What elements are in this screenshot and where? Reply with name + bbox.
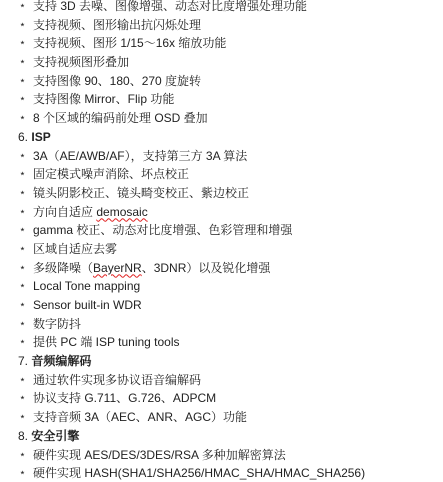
list-item: ⋆协议支持 G.711、G.726、ADPCM [0,392,443,411]
star-bullet-icon: ⋆ [19,449,31,462]
star-bullet-icon: ⋆ [19,150,31,163]
list-item: ⋆镜头阴影校正、镜头畸变校正、紫边校正 [0,187,443,206]
spellcheck-word[interactable]: demosaic [96,205,147,219]
section-heading-security-engine: 8. 安全引擎 [0,430,443,449]
list-item: ⋆支持图像 Mirror、Flip 功能 [0,93,443,112]
list-item: ⋆区域自适应去雾 [0,243,443,262]
star-bullet-icon: ⋆ [19,392,31,405]
list-item: ⋆通过软件实现多协议语音编解码 [0,374,443,393]
star-bullet-icon: ⋆ [19,75,31,88]
list-item: ⋆支持 3D 去噪、图像增强、动态对比度增强处理功能 [0,0,443,19]
star-bullet-icon: ⋆ [19,318,31,331]
star-bullet-icon: ⋆ [19,243,31,256]
section-heading-audio-codec: 7. 音频编解码 [0,355,443,374]
list-item: ⋆Local Tone mapping [0,280,443,299]
star-bullet-icon: ⋆ [19,206,31,219]
star-bullet-icon: ⋆ [19,37,31,50]
star-bullet-icon: ⋆ [19,187,31,200]
star-bullet-icon: ⋆ [19,299,31,312]
star-bullet-icon: ⋆ [19,262,31,275]
list-item: ⋆支持视频、图形输出抗闪烁处理 [0,19,443,38]
star-bullet-icon: ⋆ [19,19,31,32]
list-item: ⋆3A（AE/AWB/AF），支持第三方 3A 算法 [0,150,443,169]
list-item: ⋆Sensor built-in WDR [0,299,443,318]
list-item: ⋆数字防抖 [0,318,443,337]
list-item: ⋆支持视频、图形 1/15～16x 缩放功能 [0,37,443,56]
star-bullet-icon: ⋆ [19,374,31,387]
star-bullet-icon: ⋆ [19,112,31,125]
list-item: ⋆gamma 校正、动态对比度增强、色彩管理和增强 [0,224,443,243]
list-item: ⋆固定模式噪声消除、坏点校正 [0,168,443,187]
list-item: ⋆硬件实现 HASH(SHA1/SHA256/HMAC_SHA/HMAC_SHA… [0,467,443,482]
star-bullet-icon: ⋆ [19,411,31,424]
star-bullet-icon: ⋆ [19,280,31,293]
star-bullet-icon: ⋆ [19,224,31,237]
list-item: ⋆多级降噪（BayerNR、3DNR）以及锐化增强 [0,262,443,281]
star-bullet-icon: ⋆ [19,467,31,480]
list-item: ⋆8 个区域的编码前处理 OSD 叠加 [0,112,443,131]
star-bullet-icon: ⋆ [19,93,31,106]
list-item: ⋆硬件实现 AES/DES/3DES/RSA 多种加解密算法 [0,449,443,468]
document-body: ⋆支持 3D 去噪、图像增强、动态对比度增强处理功能 ⋆支持视频、图形输出抗闪烁… [0,0,443,482]
star-bullet-icon: ⋆ [19,56,31,69]
list-item: ⋆方向自适应 demosaic [0,206,443,225]
star-bullet-icon: ⋆ [19,0,31,13]
list-item: ⋆支持图像 90、180、270 度旋转 [0,75,443,94]
list-item: ⋆支持视频图形叠加 [0,56,443,75]
star-bullet-icon: ⋆ [19,168,31,181]
star-bullet-icon: ⋆ [19,336,31,349]
spellcheck-word[interactable]: BayerNR [93,261,142,275]
list-item: ⋆提供 PC 端 ISP tuning tools [0,336,443,355]
section-heading-isp: 6. ISP [0,131,443,150]
list-item: ⋆支持音频 3A（AEC、ANR、AGC）功能 [0,411,443,430]
